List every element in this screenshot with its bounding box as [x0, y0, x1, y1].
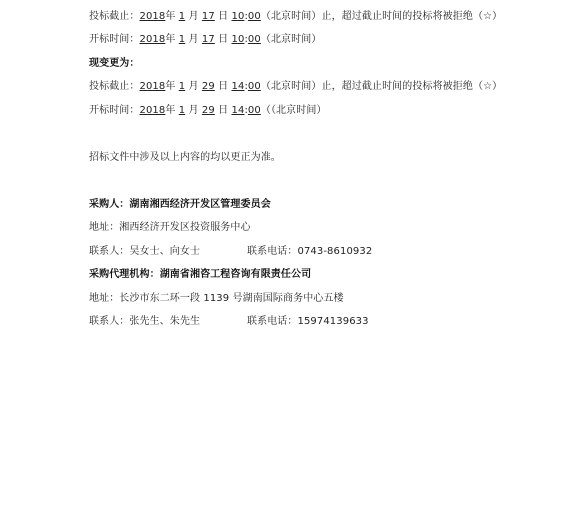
deadline-note: 止，超过截止时间的投标将被拒绝（☆） [321, 81, 502, 92]
agency-label: 采购代理机构： [89, 269, 160, 280]
opening-month: 1 [179, 105, 185, 116]
changed-heading: 现变更为： [89, 57, 140, 71]
timezone: （北京时间） [261, 11, 322, 22]
deadline-year: 2018 [140, 81, 166, 92]
agency-name: 湖南省湘咨工程咨询有限责任公司 [160, 269, 312, 280]
deadline-day: 17 [202, 11, 215, 22]
agency-heading: 采购代理机构：湖南省湘咨工程咨询有限责任公司 [89, 268, 311, 282]
timezone: （北京时间） [261, 34, 322, 45]
timezone: （北京时间） [261, 81, 322, 92]
deadline-note: 止，超过截止时间的投标将被拒绝（☆） [321, 11, 502, 22]
agency-contact: 联系人：张先生、朱先生 [89, 315, 200, 329]
agency-phone: 联系电话：15974139633 [247, 315, 369, 329]
notice-text: 招标文件中涉及以上内容的均以更正为准。 [89, 151, 281, 165]
deadline-hour: 10 [232, 11, 245, 22]
original-deadline-line: 投标截止：2018年 1 月 17 日 10:00（北京时间）止，超过截止时间的… [89, 10, 502, 24]
agency-address: 地址：长沙市东二环一段 1139 号湖南国际商务中心五楼 [89, 292, 344, 306]
deadline-month: 1 [179, 81, 185, 92]
year-suffix: 年 [165, 105, 175, 116]
month-suffix: 月 [189, 11, 199, 22]
year-suffix: 年 [165, 11, 175, 22]
deadline-year: 2018 [140, 11, 166, 22]
deadline-minute: 00 [248, 11, 261, 22]
day-suffix: 日 [218, 105, 228, 116]
opening-year: 2018 [140, 105, 166, 116]
purchaser-address: 地址：湘西经济开发区投资服务中心 [89, 221, 251, 235]
opening-day: 29 [202, 105, 215, 116]
opening-hour: 14 [232, 105, 245, 116]
opening-month: 1 [179, 34, 185, 45]
opening-hour: 10 [232, 34, 245, 45]
deadline-label: 投标截止： [89, 11, 140, 22]
opening-day: 17 [202, 34, 215, 45]
purchaser-contact: 联系人：吴女士、向女士 [89, 245, 200, 259]
deadline-label: 投标截止： [89, 81, 140, 92]
opening-minute: 00 [248, 34, 261, 45]
purchaser-phone: 联系电话：0743-8610932 [247, 245, 372, 259]
month-suffix: 月 [189, 81, 199, 92]
month-suffix: 月 [189, 34, 199, 45]
timezone: （（北京时间） [261, 105, 327, 116]
opening-year: 2018 [140, 34, 166, 45]
deadline-hour: 14 [232, 81, 245, 92]
purchaser-name: 湖南湘西经济开发区管理委员会 [129, 199, 270, 210]
day-suffix: 日 [218, 11, 228, 22]
changed-opening-line: 开标时间：2018年 1 月 29 日 14:00（（北京时间） [89, 104, 327, 118]
year-suffix: 年 [165, 81, 175, 92]
day-suffix: 日 [218, 81, 228, 92]
deadline-minute: 00 [248, 81, 261, 92]
year-suffix: 年 [165, 34, 175, 45]
changed-deadline-line: 投标截止：2018年 1 月 29 日 14:00（北京时间）止，超过截止时间的… [89, 80, 502, 94]
deadline-month: 1 [179, 11, 185, 22]
month-suffix: 月 [189, 105, 199, 116]
purchaser-label: 采购人： [89, 199, 129, 210]
original-opening-line: 开标时间：2018年 1 月 17 日 10:00（北京时间） [89, 33, 321, 47]
opening-minute: 00 [248, 105, 261, 116]
deadline-day: 29 [202, 81, 215, 92]
day-suffix: 日 [218, 34, 228, 45]
purchaser-heading: 采购人：湖南湘西经济开发区管理委员会 [89, 198, 271, 212]
opening-label: 开标时间： [89, 105, 140, 116]
opening-label: 开标时间： [89, 34, 140, 45]
